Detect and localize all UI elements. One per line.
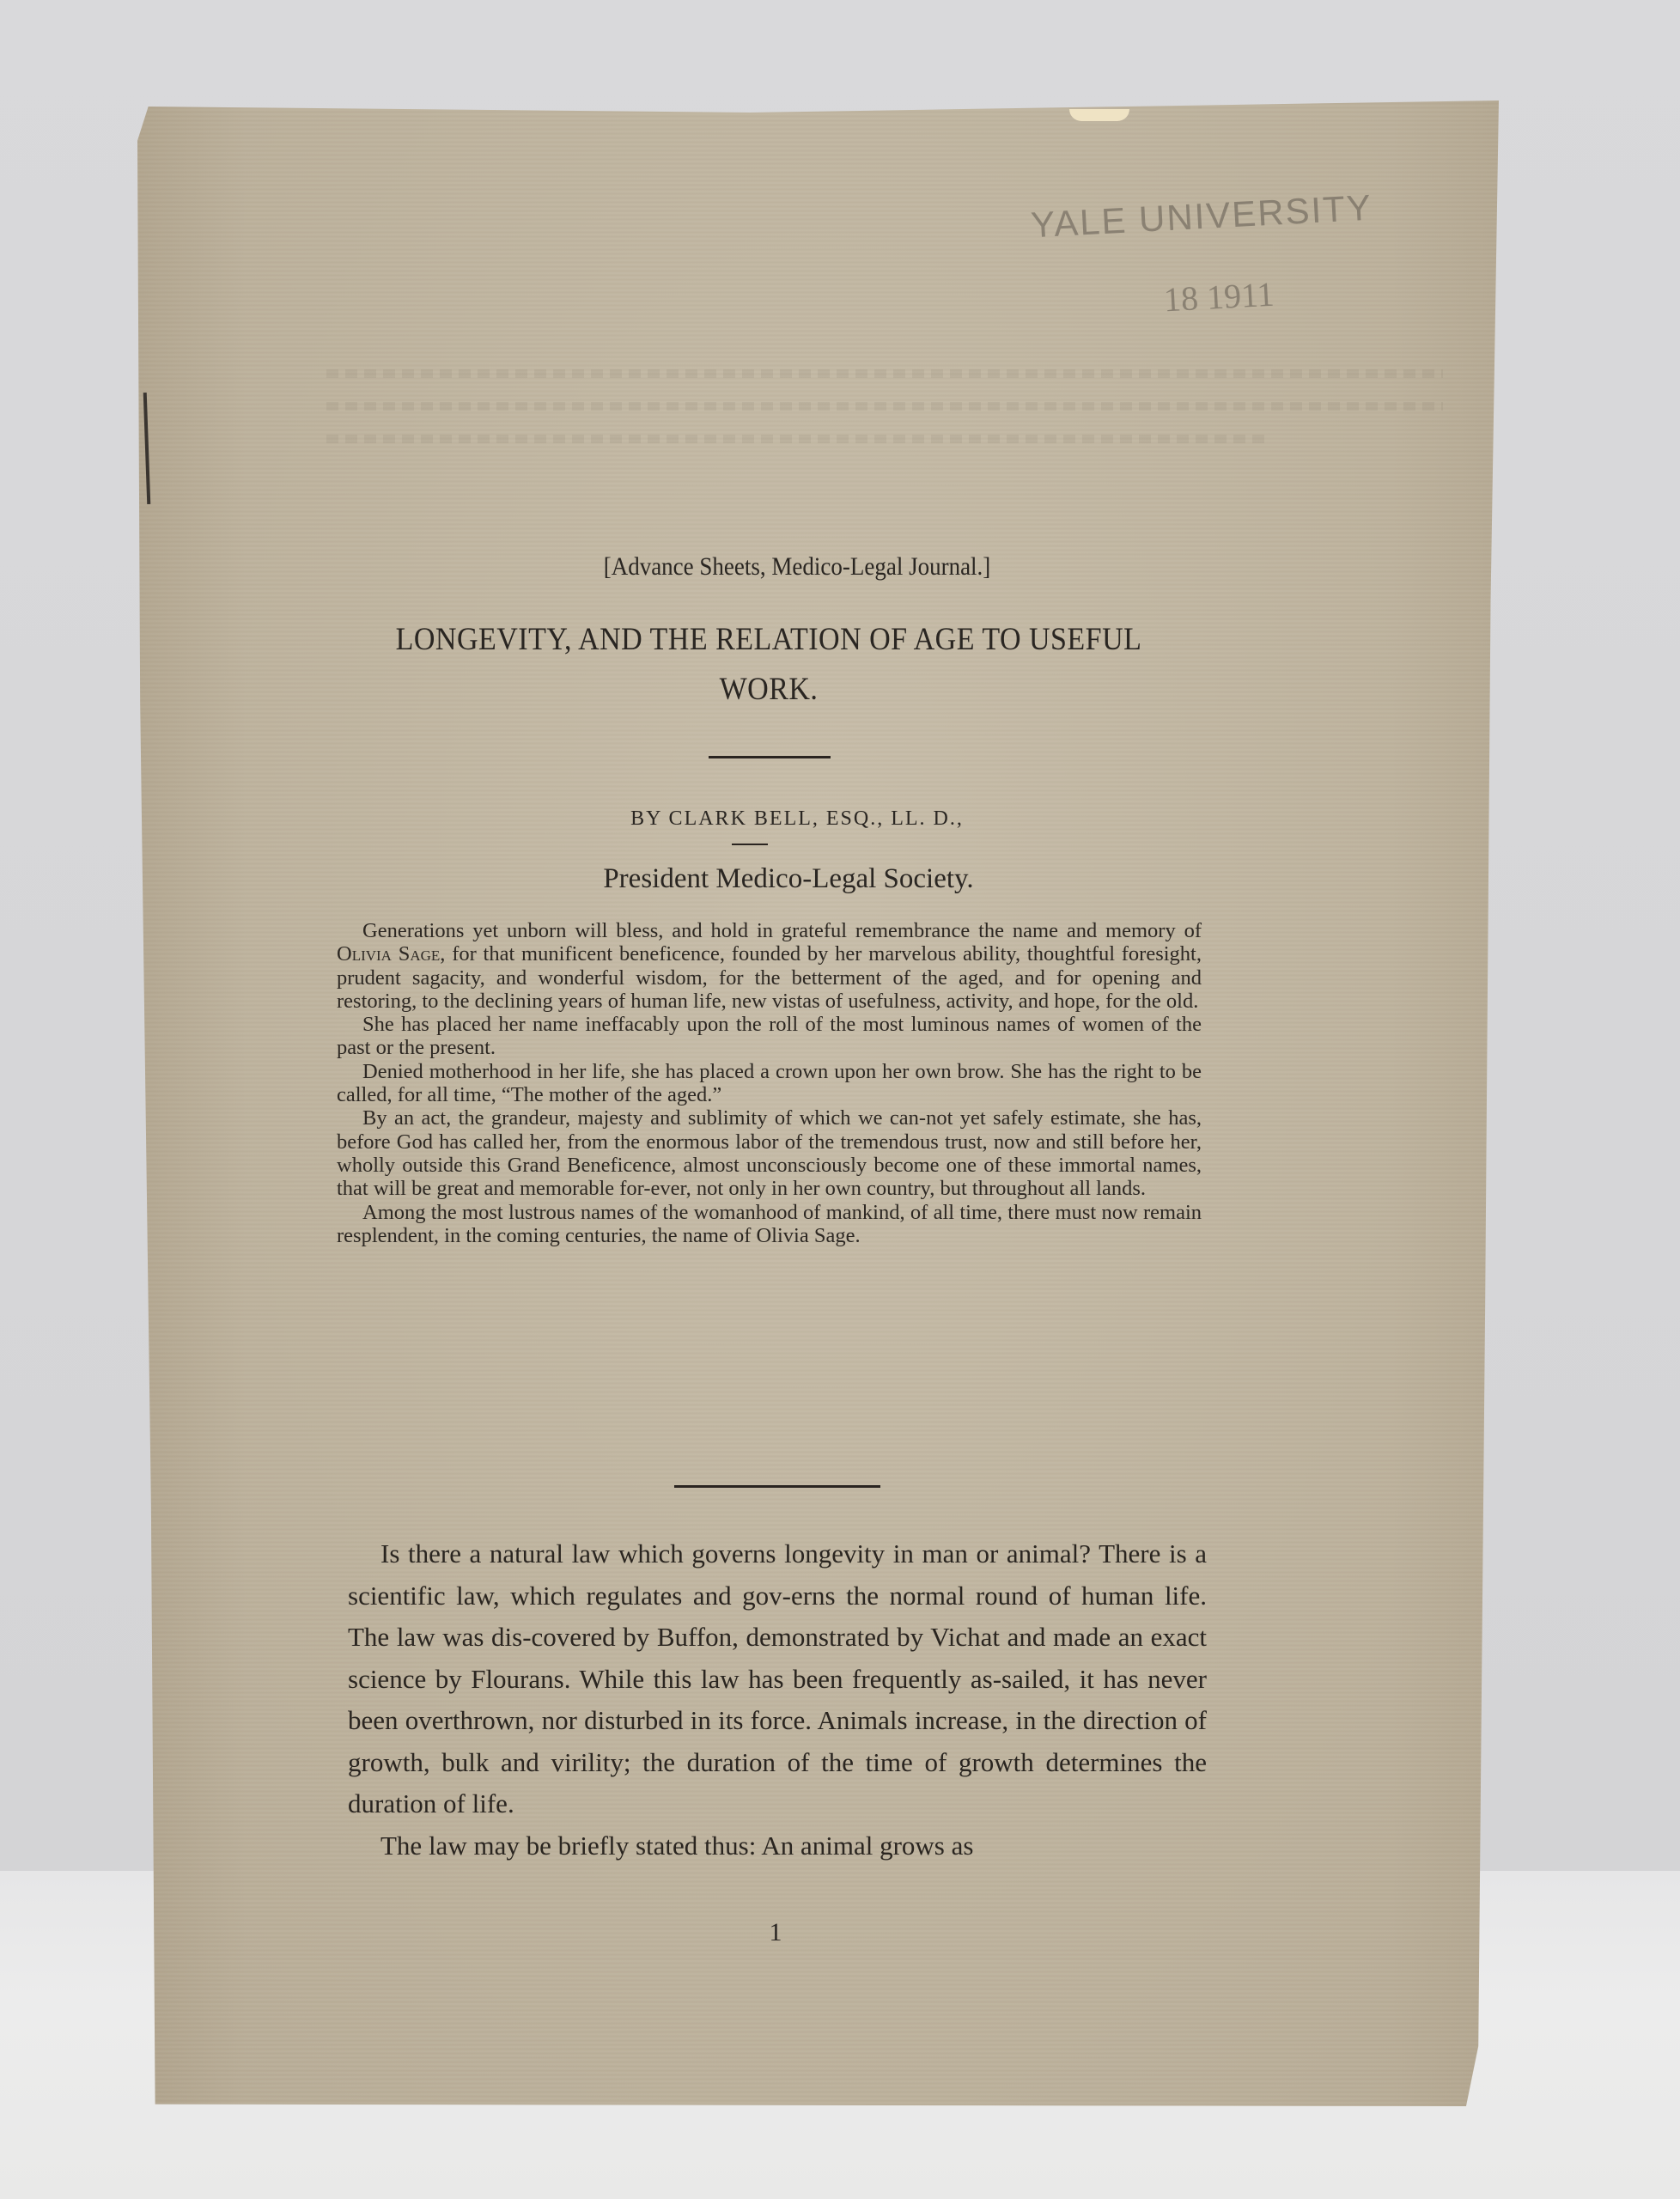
bleed-through-text (326, 369, 1443, 378)
bleed-through-text (326, 435, 1271, 443)
intro-paragraph: Generations yet unborn will bless, and h… (337, 919, 1202, 1013)
byline-underline (732, 844, 768, 845)
section-divider (674, 1485, 880, 1488)
byline: BY CLARK BELL, ESQ., LL. D., (0, 807, 1637, 831)
intro-paragraph: She has placed her name ineffacably upon… (337, 1013, 1202, 1060)
intro-text: , for that munificent beneficence, found… (337, 942, 1202, 1013)
document-title: LONGEVITY, AND THE RELATION OF AGE TO US… (362, 615, 1176, 715)
body-paragraph: The law may be briefly stated thus: An a… (348, 1825, 1207, 1867)
author-role: President Medico-Legal Society. (0, 863, 1628, 895)
title-divider (709, 756, 831, 758)
intro-paragraph: Among the most lustrous names of the wom… (337, 1201, 1202, 1248)
bleed-through-text (326, 402, 1443, 411)
body-section: Is there a natural law which governs lon… (348, 1533, 1207, 1867)
intro-paragraph: Denied motherhood in her life, she has p… (337, 1060, 1202, 1107)
intro-text: Generations yet unborn will bless, and h… (362, 919, 1202, 942)
page-number: 1 (0, 1918, 1616, 1947)
intro-paragraph: By an act, the grandeur, majesty and sub… (337, 1106, 1202, 1200)
header-note: [Advance Sheets, Medico-Legal Journal.] (41, 552, 1553, 582)
paper-tear (1069, 109, 1129, 121)
library-stamp-date: 18 1911 (1163, 274, 1275, 320)
intro-name-smallcaps: Olivia Sage (337, 942, 440, 965)
body-paragraph: Is there a natural law which governs lon… (348, 1533, 1207, 1825)
dedication-section: Generations yet unborn will bless, and h… (337, 919, 1202, 1247)
